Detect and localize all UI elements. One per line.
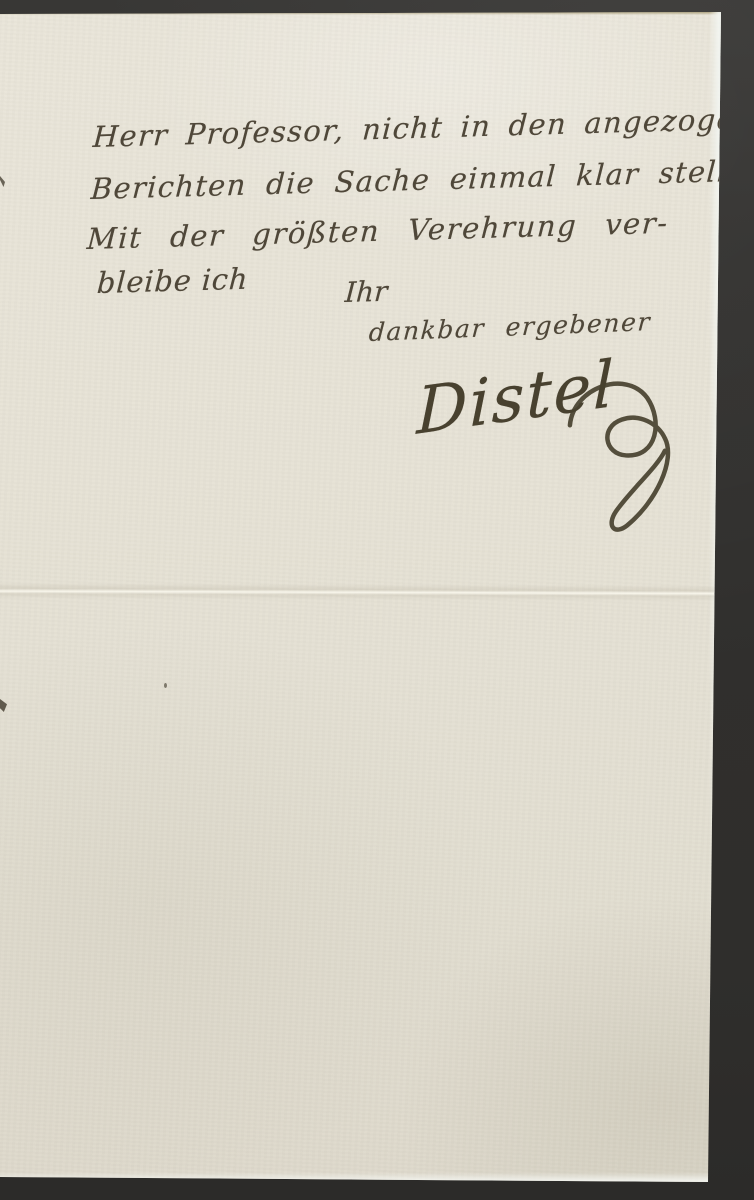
scan-background: Herr Professor, nicht in den angezogenen… bbox=[0, 0, 754, 1200]
letter-paper: Herr Professor, nicht in den angezogenen… bbox=[0, 0, 754, 1200]
handwriting-line-4: bleibe ich bbox=[96, 262, 249, 300]
signature-flourish bbox=[552, 362, 684, 545]
closing-word: Ihr bbox=[344, 275, 388, 309]
ink-speck-center bbox=[164, 683, 167, 688]
paper-bottom-edge bbox=[0, 1158, 712, 1184]
fold-crease bbox=[0, 583, 714, 601]
paper-top-edge bbox=[0, 12, 722, 15]
